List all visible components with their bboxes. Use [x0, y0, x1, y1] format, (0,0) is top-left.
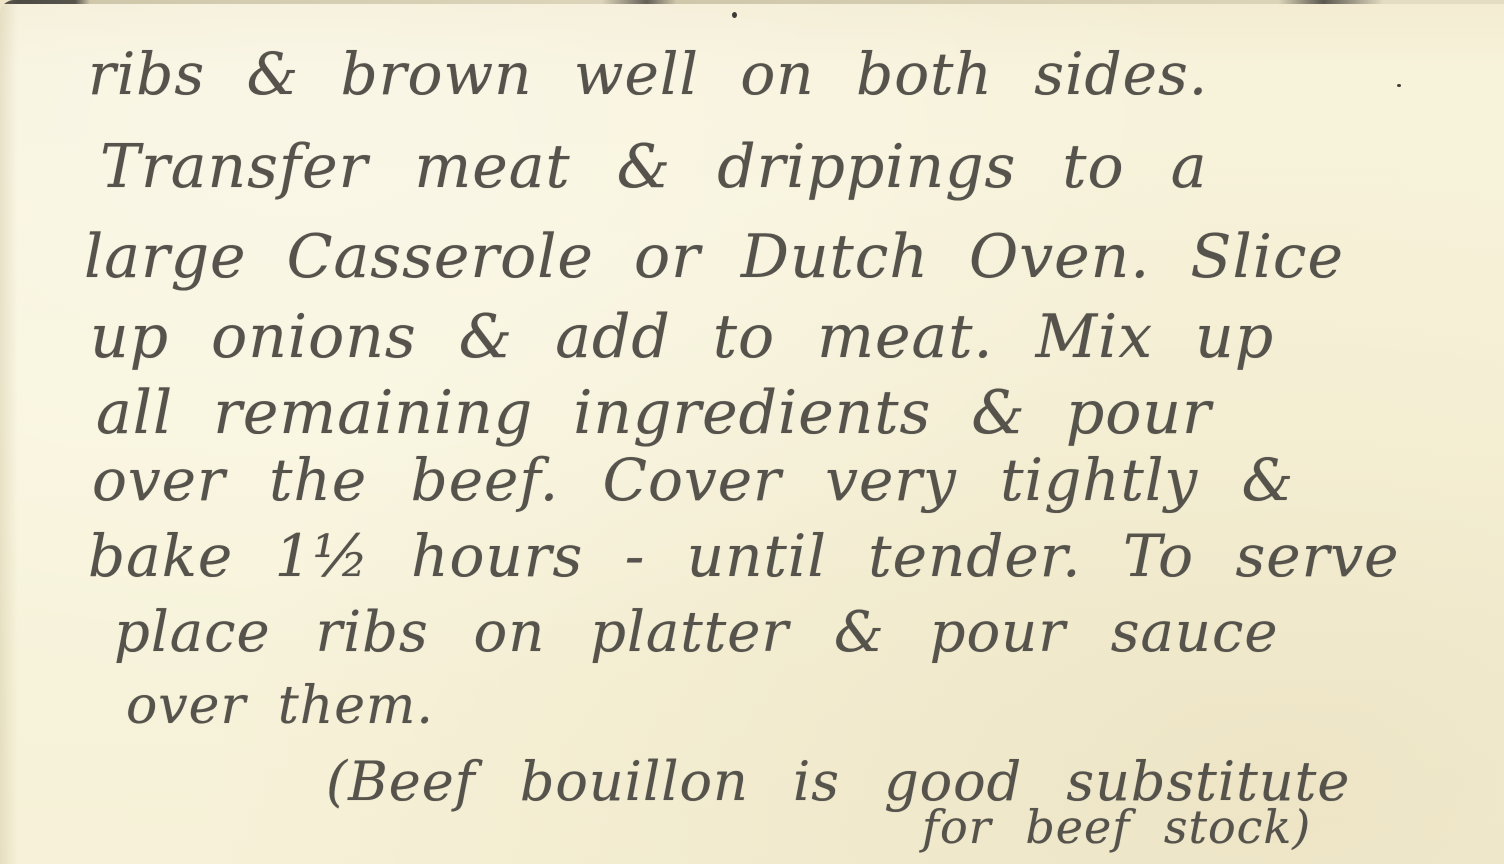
handwritten-line: all remaining ingredients & pour: [96, 378, 1212, 448]
recipe-card: ribs & brown well on both sides. Transfe…: [0, 0, 1504, 864]
handwritten-line: Transfer meat & drippings to a: [100, 132, 1208, 202]
handwritten-line: over them.: [126, 676, 434, 736]
handwritten-note: for beef stock): [922, 800, 1311, 854]
card-top-edge: [0, 0, 1504, 4]
handwritten-line: ribs & brown well on both sides.: [88, 40, 1208, 108]
handwritten-line: place ribs on platter & pour sauce: [114, 600, 1279, 665]
handwritten-line: large Casserole or Dutch Oven. Slice: [84, 222, 1344, 292]
paper-speck: [732, 12, 737, 18]
handwritten-line: up onions & add to meat. Mix up: [90, 302, 1274, 372]
card-shading: [0, 0, 18, 864]
paper-speck: [1397, 84, 1401, 87]
handwritten-line: over the beef. Cover very tightly &: [92, 446, 1294, 514]
handwritten-line: bake 1½ hours - until tender. To serve: [88, 522, 1399, 590]
